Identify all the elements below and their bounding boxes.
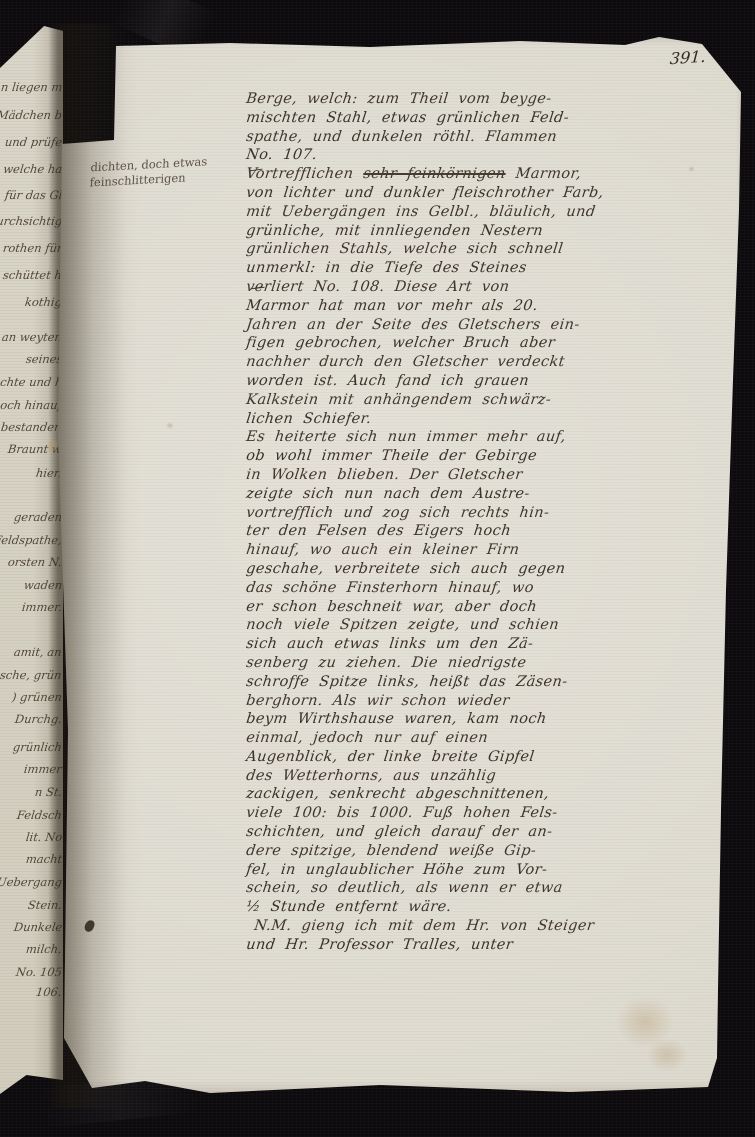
struck-through-words: sehr feinkörnigen — [362, 166, 506, 182]
cutoff-text-fragment: 106. — [36, 985, 63, 999]
manuscript-line: Kalkstein mit anhängendem schwärz- — [245, 391, 749, 410]
manuscript-line: Jahren an der Seite des Gletschers ein- — [245, 316, 749, 335]
manuscript-line: ob wohl immer Theile der Gebirge — [245, 447, 749, 466]
cutoff-text-fragment: grünlich — [12, 740, 63, 754]
paragraph: Vortrefflichen sehr feinkörnigen Marmor,… — [245, 165, 747, 428]
cutoff-text-fragment: an weyten — [1, 330, 63, 344]
page-number: 391. — [669, 47, 706, 68]
manuscript-line: einmal, jedoch nur auf einen — [245, 729, 749, 748]
cutoff-text-fragment: Durchg. — [14, 712, 63, 726]
manuscript-line: dere spitzige, blendend weiße Gip- — [245, 842, 749, 861]
manuscript-line: Es heiterte sich nun immer mehr auf, — [245, 428, 749, 447]
cutoff-text-fragment: n St. — [34, 785, 63, 799]
cutoff-text-fragment: waden — [23, 578, 63, 592]
cutoff-text-fragment: lit. No — [25, 830, 63, 844]
cutoff-text-fragment: Stein. — [27, 898, 63, 912]
cutoff-text-fragment: Feldsch — [16, 808, 63, 822]
previous-page-edge: n liegen mMädchen bund prüfe, welche haf… — [0, 24, 63, 1106]
cutoff-text-fragment: milch. — [25, 942, 62, 956]
manuscript-line: mischten Stahl, etwas grünlichen Feld- — [245, 109, 749, 128]
paper-spot — [166, 422, 174, 429]
cutoff-text-fragment: hier. — [35, 466, 63, 480]
manuscript-line: und Hr. Professor Tralles, unter — [245, 936, 749, 955]
manuscript-line: nachher durch den Gletscher verdeckt — [245, 353, 749, 372]
manuscript-line: worden ist. Auch fand ich grauen — [245, 372, 749, 391]
cutoff-text-fragment: schüttet h — [2, 268, 63, 282]
cutoff-text-fragment: orsten N. — [7, 555, 63, 569]
cutoff-text-fragment: n liegen m — [0, 80, 63, 94]
manuscript-line: figen gebrochen, welcher Bruch aber — [245, 334, 749, 353]
handwritten-text-block: Berge, welch: zum Theil vom beyge-mischt… — [245, 90, 747, 955]
manuscript-line: berghorn. Als wir schon wieder — [245, 692, 749, 711]
cutoff-text-fragment: kothig — [24, 295, 63, 309]
cutoff-text-fragment: hoch hinauf — [0, 398, 63, 412]
manuscript-line: zeigte sich nun nach dem Austre- — [245, 485, 749, 504]
manuscript-line: Vortrefflichen sehr feinkörnigen Marmor, — [245, 165, 749, 184]
manuscript-line: schichten, und gleich darauf der an- — [245, 823, 749, 842]
cutoff-text-fragment: macht — [25, 852, 63, 866]
manuscript-line: schein, so deutlich, als wenn er etwa — [245, 879, 749, 898]
manuscript-line: grünlichen Stahls, welche sich schnell — [245, 240, 749, 259]
foxing-stain — [616, 996, 674, 1048]
cutoff-text-fragment: geraden — [13, 510, 63, 524]
cutoff-text-fragment: , welche ha — [0, 162, 63, 176]
manuscript-line: grünliche, mit innliegenden Nestern — [245, 222, 749, 241]
cutoff-text-fragment: Dunkele — [13, 920, 63, 934]
manuscript-line: mit Uebergängen ins Gelbl., bläulich, un… — [245, 203, 749, 222]
paragraph: Es heiterte sich nun immer mehr auf,ob w… — [245, 428, 747, 917]
cutoff-text-fragment: und prüfe — [4, 135, 63, 149]
cutoff-text-fragment: durchsichtig — [0, 214, 63, 228]
cutoff-text-fragment: rothen für — [2, 241, 63, 255]
manuscript-line: vortrefflich und zog sich rechts hin- — [245, 504, 749, 523]
manuscript-line: er schon beschneit war, aber doch — [245, 598, 749, 617]
manuscript-line: zackigen, senkrecht abgeschnittenen, — [245, 785, 749, 804]
manuscript-line: unmerkl: in die Tiefe des Steines — [245, 259, 749, 278]
manuscript-page: 391. dichten, doch etwas feinschlitterig… — [50, 30, 750, 1098]
margin-note: dichten, doch etwas feinschlitterigen — [89, 151, 260, 190]
cutoff-text-fragment: rechte und h — [0, 375, 63, 389]
manuscript-line: fel, in unglaublicher Höhe zum Vor- — [245, 861, 749, 880]
cutoff-text-fragment: Feldspathe, — [0, 533, 63, 547]
cutoff-text-fragment: Mädchen b — [0, 108, 63, 122]
manuscript-line: des Wetterhorns, aus unzählig — [245, 767, 749, 786]
cutoff-text-fragment: immer — [23, 762, 63, 776]
manuscript-line: No. 107. — [245, 146, 749, 165]
manuscript-line: hinauf, wo auch ein kleiner Firn — [245, 541, 749, 560]
manuscript-line: Augenblick, der linke breite Gipfel — [245, 748, 749, 767]
paragraph: Berge, welch: zum Theil vom beyge-mischt… — [245, 90, 747, 165]
cutoff-text-fragment: seines — [25, 352, 63, 366]
cutoff-text-fragment: amit, an — [13, 645, 62, 659]
manuscript-scan: n liegen mMädchen bund prüfe, welche haf… — [0, 0, 755, 1137]
manuscript-line: noch viele Spitzen zeigte, und schien — [245, 616, 749, 635]
paragraph: N.M. gieng ich mit dem Hr. von Steigerun… — [245, 917, 747, 955]
manuscript-line: Marmor hat man vor mehr als 20. — [245, 297, 749, 316]
manuscript-line: geschahe, verbreitete sich auch gegen — [245, 560, 749, 579]
cutoff-text-fragment: No. 105 — [15, 965, 63, 979]
cutoff-text-fragment: sche, grün — [0, 668, 63, 682]
manuscript-line: in Wolken blieben. Der Gletscher — [245, 466, 749, 485]
manuscript-line: beym Wirthshause waren, kam noch — [245, 710, 749, 729]
manuscript-line: viele 100: bis 1000. Fuß hohen Fels- — [245, 804, 749, 823]
cutoff-text-fragment: für das Gl — [4, 188, 63, 202]
manuscript-line: lichen Schiefer. — [245, 410, 749, 429]
cutoff-text-fragment: ) grünen — [11, 690, 63, 704]
paper-spot — [46, 438, 59, 455]
foxing-stain — [646, 1038, 688, 1072]
manuscript-line: schroffe Spitze links, heißt das Zäsen- — [245, 673, 749, 692]
manuscript-line: von lichter und dunkler fleischrother Fa… — [245, 184, 749, 203]
cutoff-text-fragment: bestanden — [1, 420, 63, 434]
manuscript-line: N.M. gieng ich mit dem Hr. von Steiger — [245, 917, 749, 936]
cutoff-text-fragment: Uebergang — [0, 875, 63, 889]
manuscript-line: senberg zu ziehen. Die niedrigste — [245, 654, 749, 673]
manuscript-line: Berge, welch: zum Theil vom beyge- — [245, 90, 749, 109]
manuscript-line: spathe, und dunkelen röthl. Flammen — [245, 128, 749, 147]
manuscript-line: ter den Felsen des Eigers hoch — [245, 522, 749, 541]
manuscript-line: sich auch etwas links um den Zä- — [245, 635, 749, 654]
manuscript-line: verliert No. 108. Diese Art von — [245, 278, 749, 297]
cutoff-text-fragment: immer. — [21, 600, 63, 614]
manuscript-line: ½ Stunde entfernt wäre. — [245, 898, 749, 917]
manuscript-line: das schöne Finsterhorn hinauf, wo — [245, 579, 749, 598]
